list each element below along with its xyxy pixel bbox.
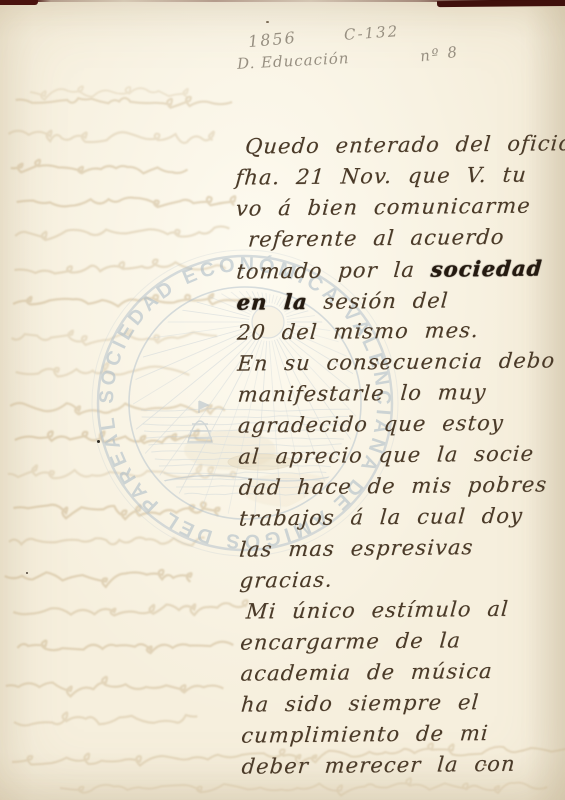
letter-line: manifestarle lo muy <box>237 376 551 410</box>
letter-line: agradecido que estoy <box>237 407 551 441</box>
letter-line: dad hace de mis pobres <box>237 469 551 503</box>
bleedthrough-line <box>8 127 214 146</box>
letter-line: deber merecer la con <box>240 748 554 782</box>
letter-text: agradecido que estoy <box>237 411 505 438</box>
letter-line: fha. 21 Nov. que V. tu <box>234 159 548 193</box>
letter-line: referente al acuerdo <box>235 221 549 255</box>
annotation-number: nº 8 <box>419 43 460 66</box>
letter-body: Quedo enterado del oficiofha. 21 Nov. qu… <box>234 128 553 782</box>
letter-text: fha. 21 Nov. que V. tu <box>235 163 528 190</box>
letter-text: ha sido siempre el <box>240 690 480 717</box>
letter-text: manifestarle lo muy <box>237 380 488 407</box>
letter-text: las mas espresivas <box>238 535 474 561</box>
letter-line: tomado por la sociedad <box>235 252 549 286</box>
scan-edge-top-left <box>0 0 38 5</box>
letter-line: en la sesión del <box>236 283 550 317</box>
annotation-reference: C-132 <box>343 22 399 44</box>
letter-text: sesión del <box>307 288 450 313</box>
letter-line: Quedo enterado del oficio <box>234 128 548 162</box>
bleedthrough-line <box>11 159 188 176</box>
letter-text: deber merecer la con <box>241 752 517 779</box>
scan-edge-top-right <box>437 0 565 7</box>
letter-text: cumplimiento de mi <box>240 721 489 748</box>
bleedthrough-line <box>6 676 224 698</box>
letter-line: En su consecuencia debo <box>236 345 550 379</box>
bleedthrough-line <box>5 567 192 588</box>
letter-line: cumplimiento de mi <box>240 717 554 751</box>
letter-line: gracias. <box>238 562 552 596</box>
letter-text: tomado por la <box>235 258 431 284</box>
letter-text: academia de música <box>240 659 494 686</box>
letter-text: Mi único estímulo al <box>245 597 510 624</box>
letter-line: las mas espresivas <box>238 531 552 565</box>
ink-speck <box>266 21 269 23</box>
letter-text: dad hace de mis pobres <box>238 472 548 499</box>
annotation-category: D. Educación <box>237 49 350 73</box>
letter-text: referente al acuerdo <box>247 225 505 252</box>
letter-line: Mi único estímulo al <box>239 593 553 627</box>
letter-text: 20 del mismo mes. <box>236 318 480 345</box>
letter-line: vo á bien comunicarme <box>235 190 549 224</box>
letter-text: En su consecuencia debo <box>237 348 557 375</box>
bleedthrough-line <box>17 638 233 656</box>
letter-text: al aprecio que la socie <box>237 442 535 469</box>
letter-text: trabajos á la cual doy <box>238 504 524 531</box>
ink-speck <box>483 764 487 766</box>
bleedthrough-line <box>30 86 188 101</box>
ink-speck <box>26 572 28 574</box>
letter-text: Quedo enterado del oficio <box>244 131 565 158</box>
letter-line: encargarme de la <box>239 624 553 658</box>
bleedthrough-line <box>13 600 248 618</box>
letter-line: 20 del mismo mes. <box>236 314 550 348</box>
letter-line: trabajos á la cual doy <box>238 500 552 534</box>
letter-line: al aprecio que la socie <box>237 438 551 472</box>
ink-speck <box>97 440 100 443</box>
letter-line: academia de música <box>239 655 553 689</box>
bleedthrough-line <box>16 96 233 108</box>
bleedthrough-line <box>14 710 198 725</box>
letter-word-heavy-ink: sociedad <box>430 255 544 281</box>
letter-text: encargarme de la <box>239 628 462 654</box>
letter-text: gracias. <box>239 568 334 593</box>
annotation-year: 1856 <box>247 28 297 51</box>
letter-text: vo á bien comunicarme <box>235 194 532 221</box>
bleedthrough-line <box>17 196 236 208</box>
letter-word-heavy-ink: en la <box>236 289 309 315</box>
letter-line: ha sido siempre el <box>240 686 554 720</box>
scanned-manuscript-page: REAL SOCIEDAD ECONÓMICA VALENCIANA DE AM… <box>0 0 565 800</box>
